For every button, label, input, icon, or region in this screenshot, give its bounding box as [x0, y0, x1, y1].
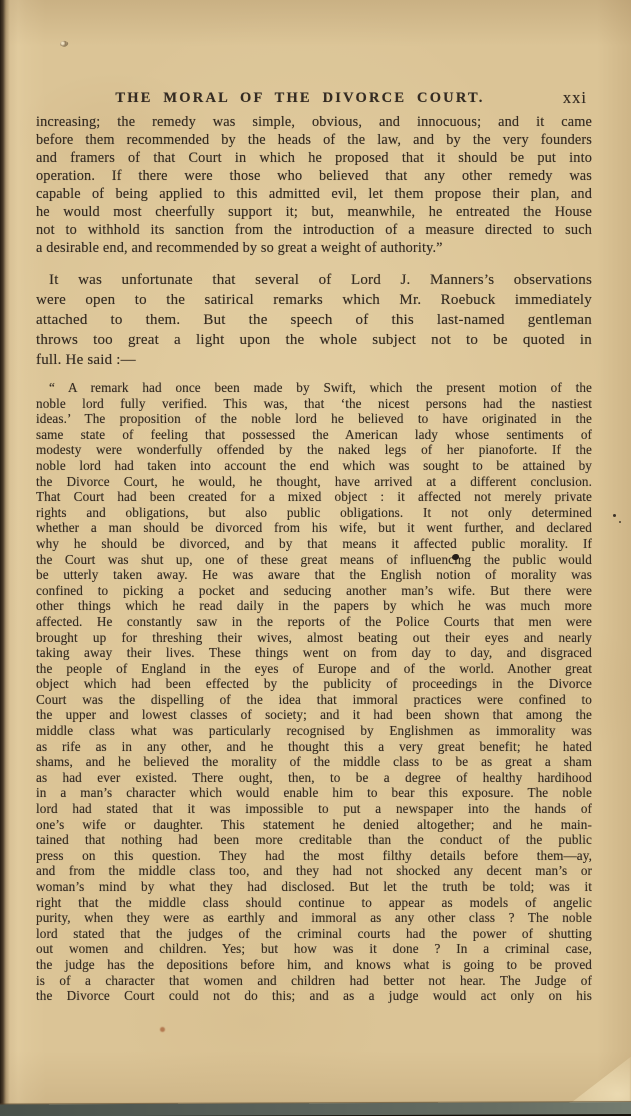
text-line: attached to them. But the speech of this…: [36, 310, 592, 330]
book-page-scan: THE MORAL OF THE DIVORCE COURT. xxi incr…: [0, 0, 631, 1111]
text-line: noble lord had taken into account the en…: [36, 458, 592, 474]
text-line: other things which he read daily in the …: [36, 598, 592, 614]
text-line: brought up for threshing their wives, al…: [36, 630, 592, 646]
text-line: noble lord fully verified. This was, tha…: [36, 396, 592, 412]
text-line: the upper and lowest classes of society;…: [36, 707, 592, 723]
text-line: he would most cheerfully support it; but…: [36, 203, 592, 221]
text-line: lord had stated that it was impossible t…: [36, 801, 592, 817]
text-line: rights and obligations, but also public …: [36, 505, 592, 521]
text-line: capable of being applied to this admitte…: [36, 185, 592, 203]
text-line: as had ever existed. There ought, then, …: [36, 770, 592, 786]
paper-speck: [613, 514, 616, 517]
text-line: why he should be divorced, and by that m…: [36, 536, 592, 552]
text-line: before them recommended by the heads of …: [36, 131, 592, 149]
text-line: lord stated that the judges of the crimi…: [36, 926, 592, 942]
text-line: one’s wife or daughter. This statement h…: [36, 817, 592, 833]
text-line: press on this question. They had the mos…: [36, 848, 592, 864]
text-line: whether a man should be divorced from hi…: [36, 520, 592, 536]
text-line: increasing; the remedy was simple, obvio…: [36, 113, 592, 131]
text-line: shams, and he believed the morality of t…: [36, 754, 592, 770]
text-line: be utterly taken away. He was aware that…: [36, 567, 592, 583]
text-line: were open to the satirical remarks which…: [36, 290, 592, 310]
text-line: ideas.’ The proposition of the noble lor…: [36, 411, 592, 427]
text-line: the Divorce Court, he would, he thought,…: [36, 474, 592, 490]
text-line: object which had been effected by the pu…: [36, 676, 592, 692]
text-line: right that the middle class should conti…: [36, 895, 592, 911]
text-line: confined to picking a pocket and seducin…: [36, 583, 592, 599]
text-line: the Court was shut up, one of these grea…: [36, 552, 592, 568]
text-line: same state of feeling that possessed the…: [36, 427, 592, 443]
text-line: the people of England in the eyes of Eur…: [36, 661, 592, 677]
text-line: full. He said :—: [36, 350, 592, 370]
torn-corner-patch: [545, 1045, 631, 1103]
paragraph-opening-continuation: increasing; the remedy was simple, obvio…: [36, 113, 592, 257]
text-line: “ A remark had once been made by Swift, …: [36, 380, 592, 396]
text-line: and framers of that Court in which he pr…: [36, 149, 592, 167]
running-title: THE MORAL OF THE DIVORCE COURT.: [22, 90, 578, 107]
text-line: It was unfortunate that several of Lord …: [36, 270, 592, 290]
text-line: middle class what was particularly recog…: [36, 723, 592, 739]
text-line: not to withhold its sanction from the in…: [36, 221, 592, 239]
paragraph-quoted-speech: “ A remark had once been made by Swift, …: [36, 380, 592, 1004]
text-line: as rife as in any other, and he thought …: [36, 739, 592, 755]
text-line: the Divorce Court could not do this; and…: [36, 988, 592, 1004]
paper-speck: [619, 521, 621, 523]
text-line: a desirable end, and recommended by so g…: [36, 239, 592, 257]
text-line: modesty were wonderfully offended by the…: [36, 442, 592, 458]
text-line: operation. If there were those who belie…: [36, 167, 592, 185]
page-header: THE MORAL OF THE DIVORCE COURT. xxi: [36, 90, 592, 111]
text-line: is of a character that women and childre…: [36, 973, 592, 989]
page-content: THE MORAL OF THE DIVORCE COURT. xxi incr…: [0, 0, 631, 1004]
text-line: throws too great a light upon the whole …: [36, 330, 592, 350]
text-line: and from the middle class too, and they …: [36, 863, 592, 879]
text-line: taking away their lives. These things we…: [36, 645, 592, 661]
text-line: tained that nothing had been more credit…: [36, 832, 592, 848]
text-line: woman’s mind by what they had disclosed.…: [36, 879, 592, 895]
text-line: the judge has the depositions before him…: [36, 957, 592, 973]
page-number: xxi: [563, 88, 587, 108]
paper-speck: [160, 1027, 165, 1032]
text-line: affected. He constantly saw in the repor…: [36, 614, 592, 630]
text-line: out women and children. Yes; but how was…: [36, 941, 592, 957]
ink-blot: [452, 554, 459, 560]
text-line: purity, when they were as earthly and im…: [36, 910, 592, 926]
paragraph-commentary: It was unfortunate that several of Lord …: [36, 270, 592, 370]
scanner-bed-strip: [0, 1102, 631, 1111]
text-line: Court was the dispelling of the idea tha…: [36, 692, 592, 708]
text-line: That Court had been created for a mixed …: [36, 489, 592, 505]
text-line: in a man’s character which would enable …: [36, 785, 592, 801]
